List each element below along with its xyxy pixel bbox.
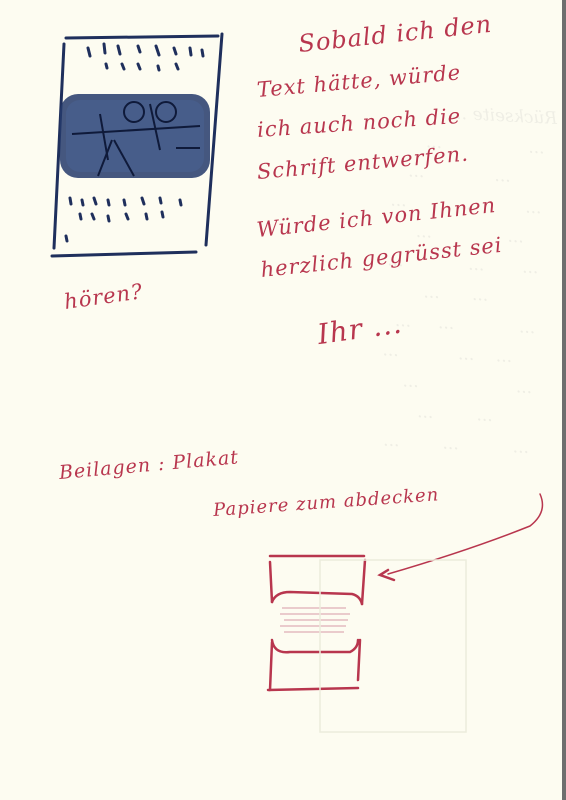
cover-sketch-icon <box>0 0 566 800</box>
ghost-sketch <box>320 560 466 732</box>
letter-page: Rückseite ... ... ... ... ... ... ... ..… <box>0 0 566 800</box>
